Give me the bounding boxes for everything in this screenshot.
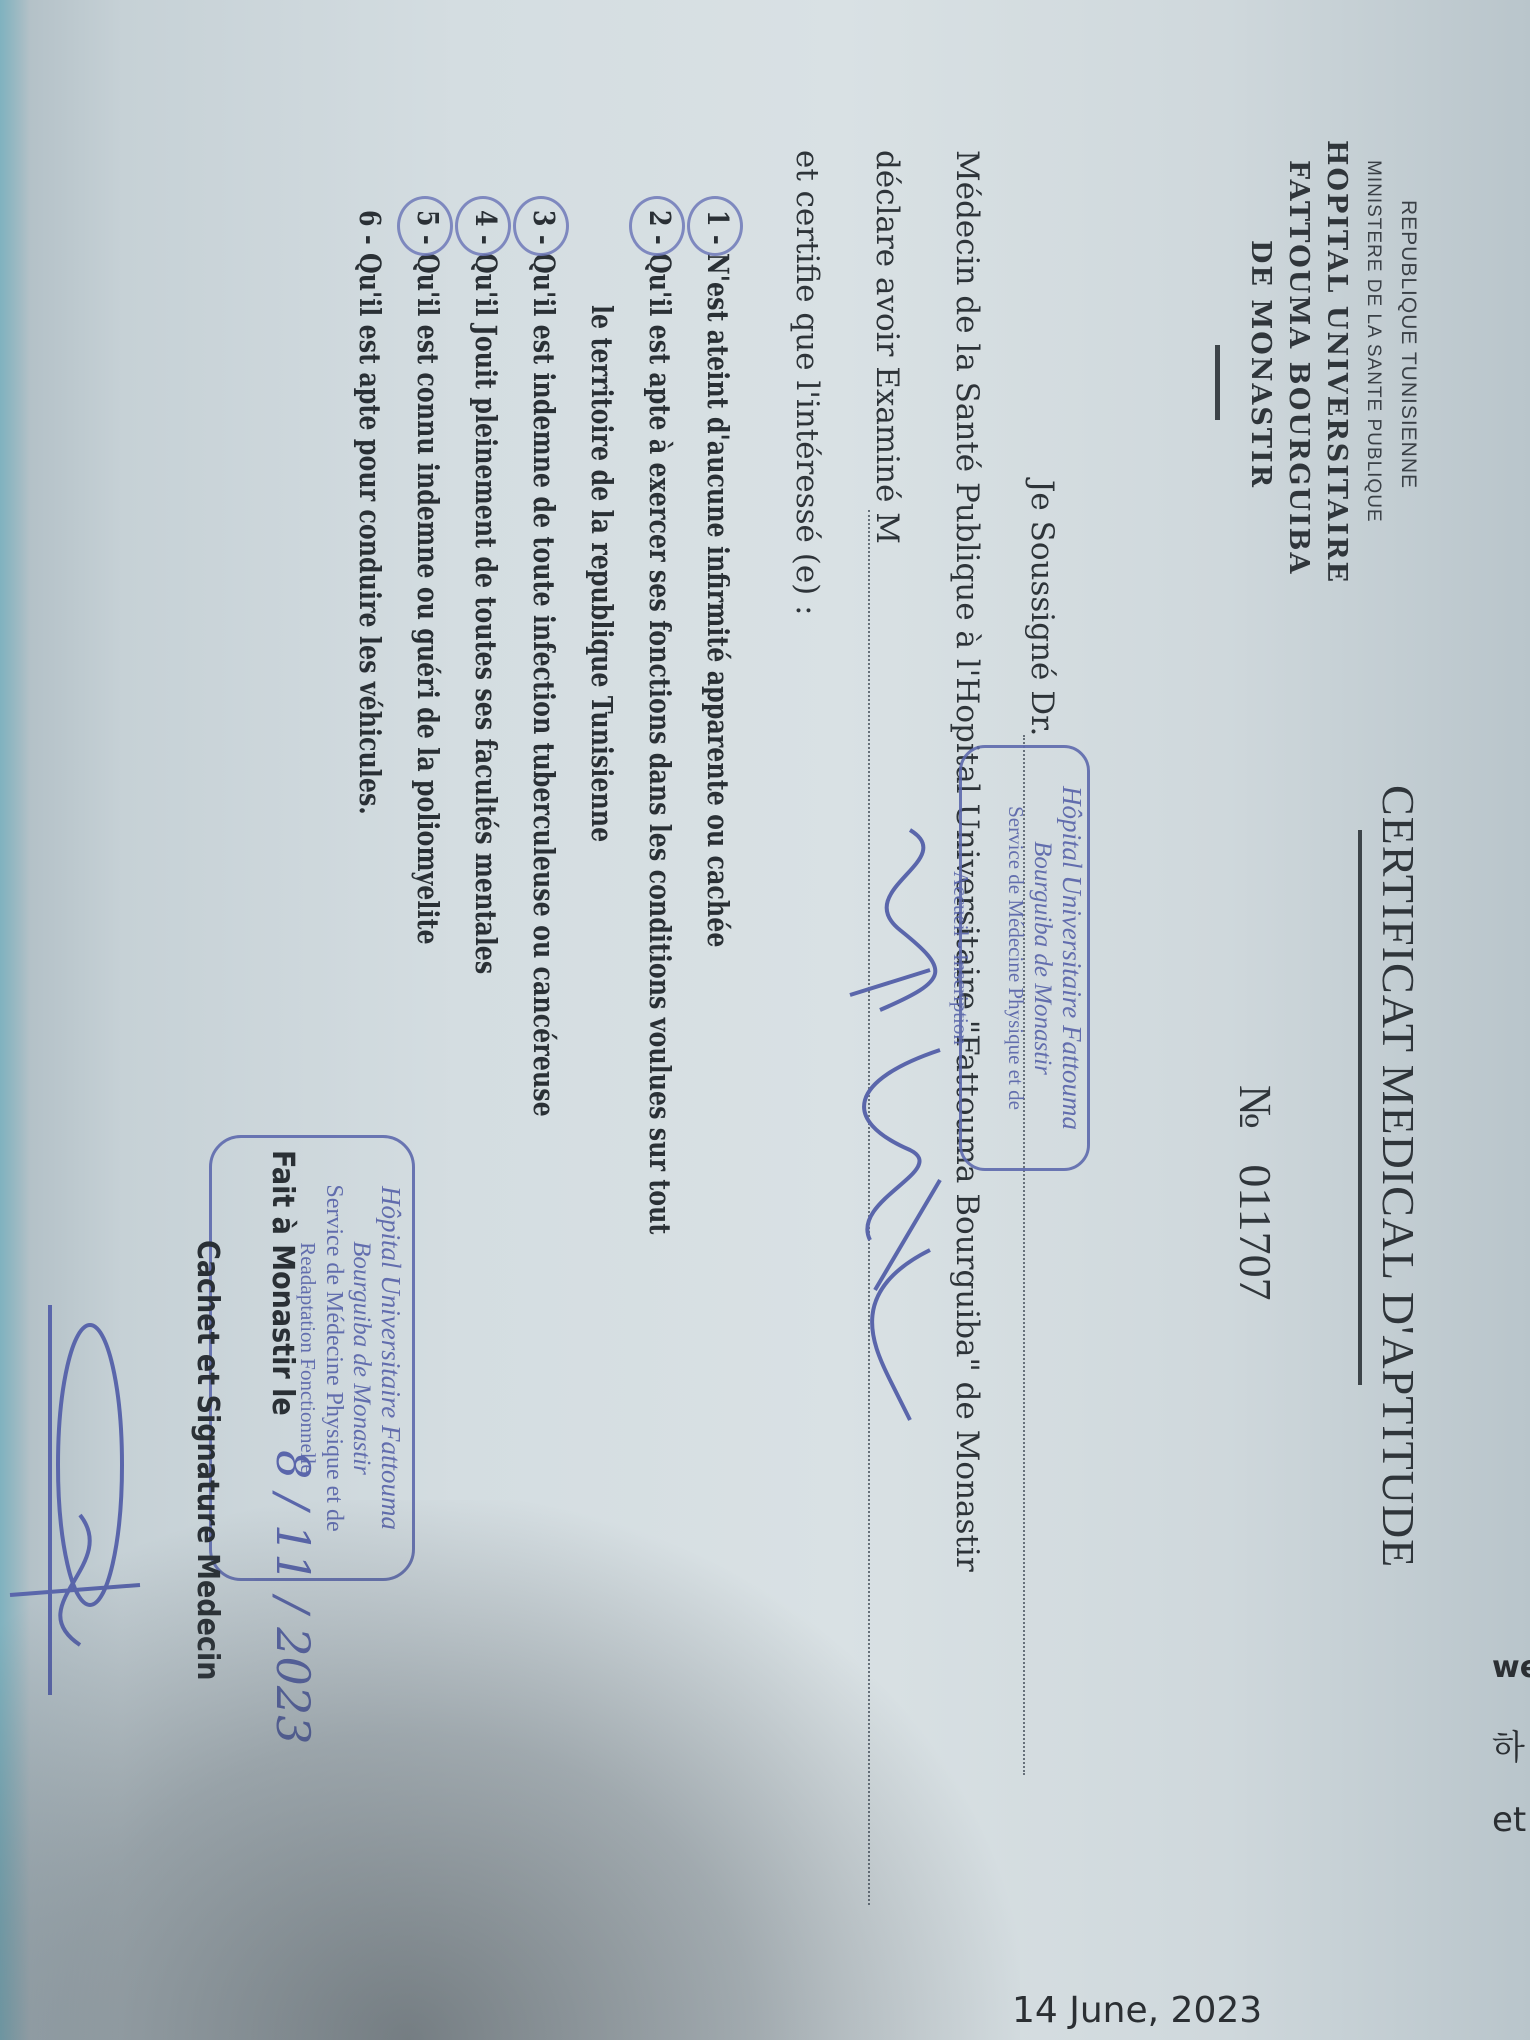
doctor-line: Je Soussigné Dr.: [1024, 480, 1060, 736]
stamp-1-line3: Service de Médecine Physique et de: [1003, 748, 1028, 1168]
doctor-signature-1: [820, 820, 970, 1440]
number-label: №: [1230, 1085, 1281, 1129]
condition-number: 6 -: [353, 210, 387, 253]
condition-text: Qu'il est connu indemne ou guéri de la p…: [411, 253, 445, 945]
circle-mark-icon: [629, 196, 685, 256]
condition-item: 3 - Qu'il est indemne de toute infection…: [527, 210, 561, 1117]
condition-item: 5 - Qu'il est connu indemne ou guéri de …: [411, 210, 445, 945]
stamp-2-line2: Bourguiba de Monastir: [347, 1138, 375, 1578]
condition-text: N'est ateint d'aucune infirmité apparent…: [701, 253, 735, 947]
condition-item: 4 - Qu'il Jouit pleinement de toutes ses…: [469, 210, 503, 974]
certificate-title: CERTIFICAT MEDICAL D'APTITUDE: [1372, 785, 1425, 1568]
condition-text: Qu'il est indemne de toute infection tub…: [527, 253, 561, 1117]
condition-text: Qu'il est apte pour conduire les véhicul…: [353, 253, 387, 815]
examined-line: déclare avoir Examiné M: [869, 150, 905, 544]
date-caption: 14 June, 2023: [1012, 1990, 1262, 2031]
header-hospital-line3: DE MONASTIR: [1245, 240, 1276, 489]
header-republic: REPUBLIQUE TUNISIENNE: [1396, 200, 1420, 489]
title-underline: [1358, 830, 1362, 1385]
stamp-1-line2: Bourguiba de Monastir: [1028, 748, 1056, 1168]
circle-mark-icon: [687, 196, 743, 256]
handwritten-date: 8 / 11 / 2023: [266, 1450, 320, 1744]
circle-mark-icon: [455, 196, 511, 256]
condition-item: 2 - Qu'il est apte à exercer ses fonctio…: [643, 210, 677, 1234]
rotated-certificate: REPUBLIQUE TUNISIENNE MINISTERE DE LA SA…: [0, 0, 1530, 2040]
number-value: 011707: [1230, 1164, 1281, 1300]
header-hospital-line1: HOPITAL UNIVERSITAIRE: [1321, 140, 1352, 584]
stamp-2-line3: Service de Médecine Physique et de: [320, 1138, 347, 1578]
condition-text: le territoire de la republique Tunisienn…: [585, 305, 619, 842]
condition-item: le territoire de la republique Tunisienn…: [585, 305, 619, 842]
corner-text-et: et: [1492, 1800, 1526, 1840]
certificate-number: № 011707: [1229, 1085, 1282, 1301]
doctor-signature-2: [0, 1265, 200, 1785]
condition-text: Qu'il est apte à exercer ses fonctions d…: [643, 253, 677, 1234]
certify-line: et certifie que l'intéressé (e) :: [789, 150, 825, 616]
condition-text: Qu'il Jouit pleinement de toutes ses fac…: [469, 253, 503, 974]
condition-item: 6 - Qu'il est apte pour conduire les véh…: [353, 210, 387, 815]
condition-item: 1 - N'est ateint d'aucune infirmité appa…: [701, 210, 735, 947]
hospital-stamp-1: Hôpital Universitaire Fattouma Bourguiba…: [959, 745, 1090, 1171]
header-ministry: MINISTERE DE LA SANTE PUBLIQUE: [1362, 160, 1384, 523]
corner-text-korean: 하: [1492, 1720, 1525, 1769]
stamp-1-line1: Hôpital Universitaire Fattouma: [1056, 748, 1087, 1168]
circle-mark-icon: [513, 196, 569, 256]
header-divider: [1215, 345, 1220, 420]
stamp-2-line1: Hôpital Universitaire Fattouma: [375, 1138, 406, 1578]
header-hospital-line2: FATTOUMA BOURGUIBA: [1283, 160, 1314, 575]
corner-text-we: we: [1492, 1650, 1530, 1685]
circle-mark-icon: [397, 196, 453, 256]
place-date-label: Fait à Monastir le: [265, 1150, 300, 1416]
